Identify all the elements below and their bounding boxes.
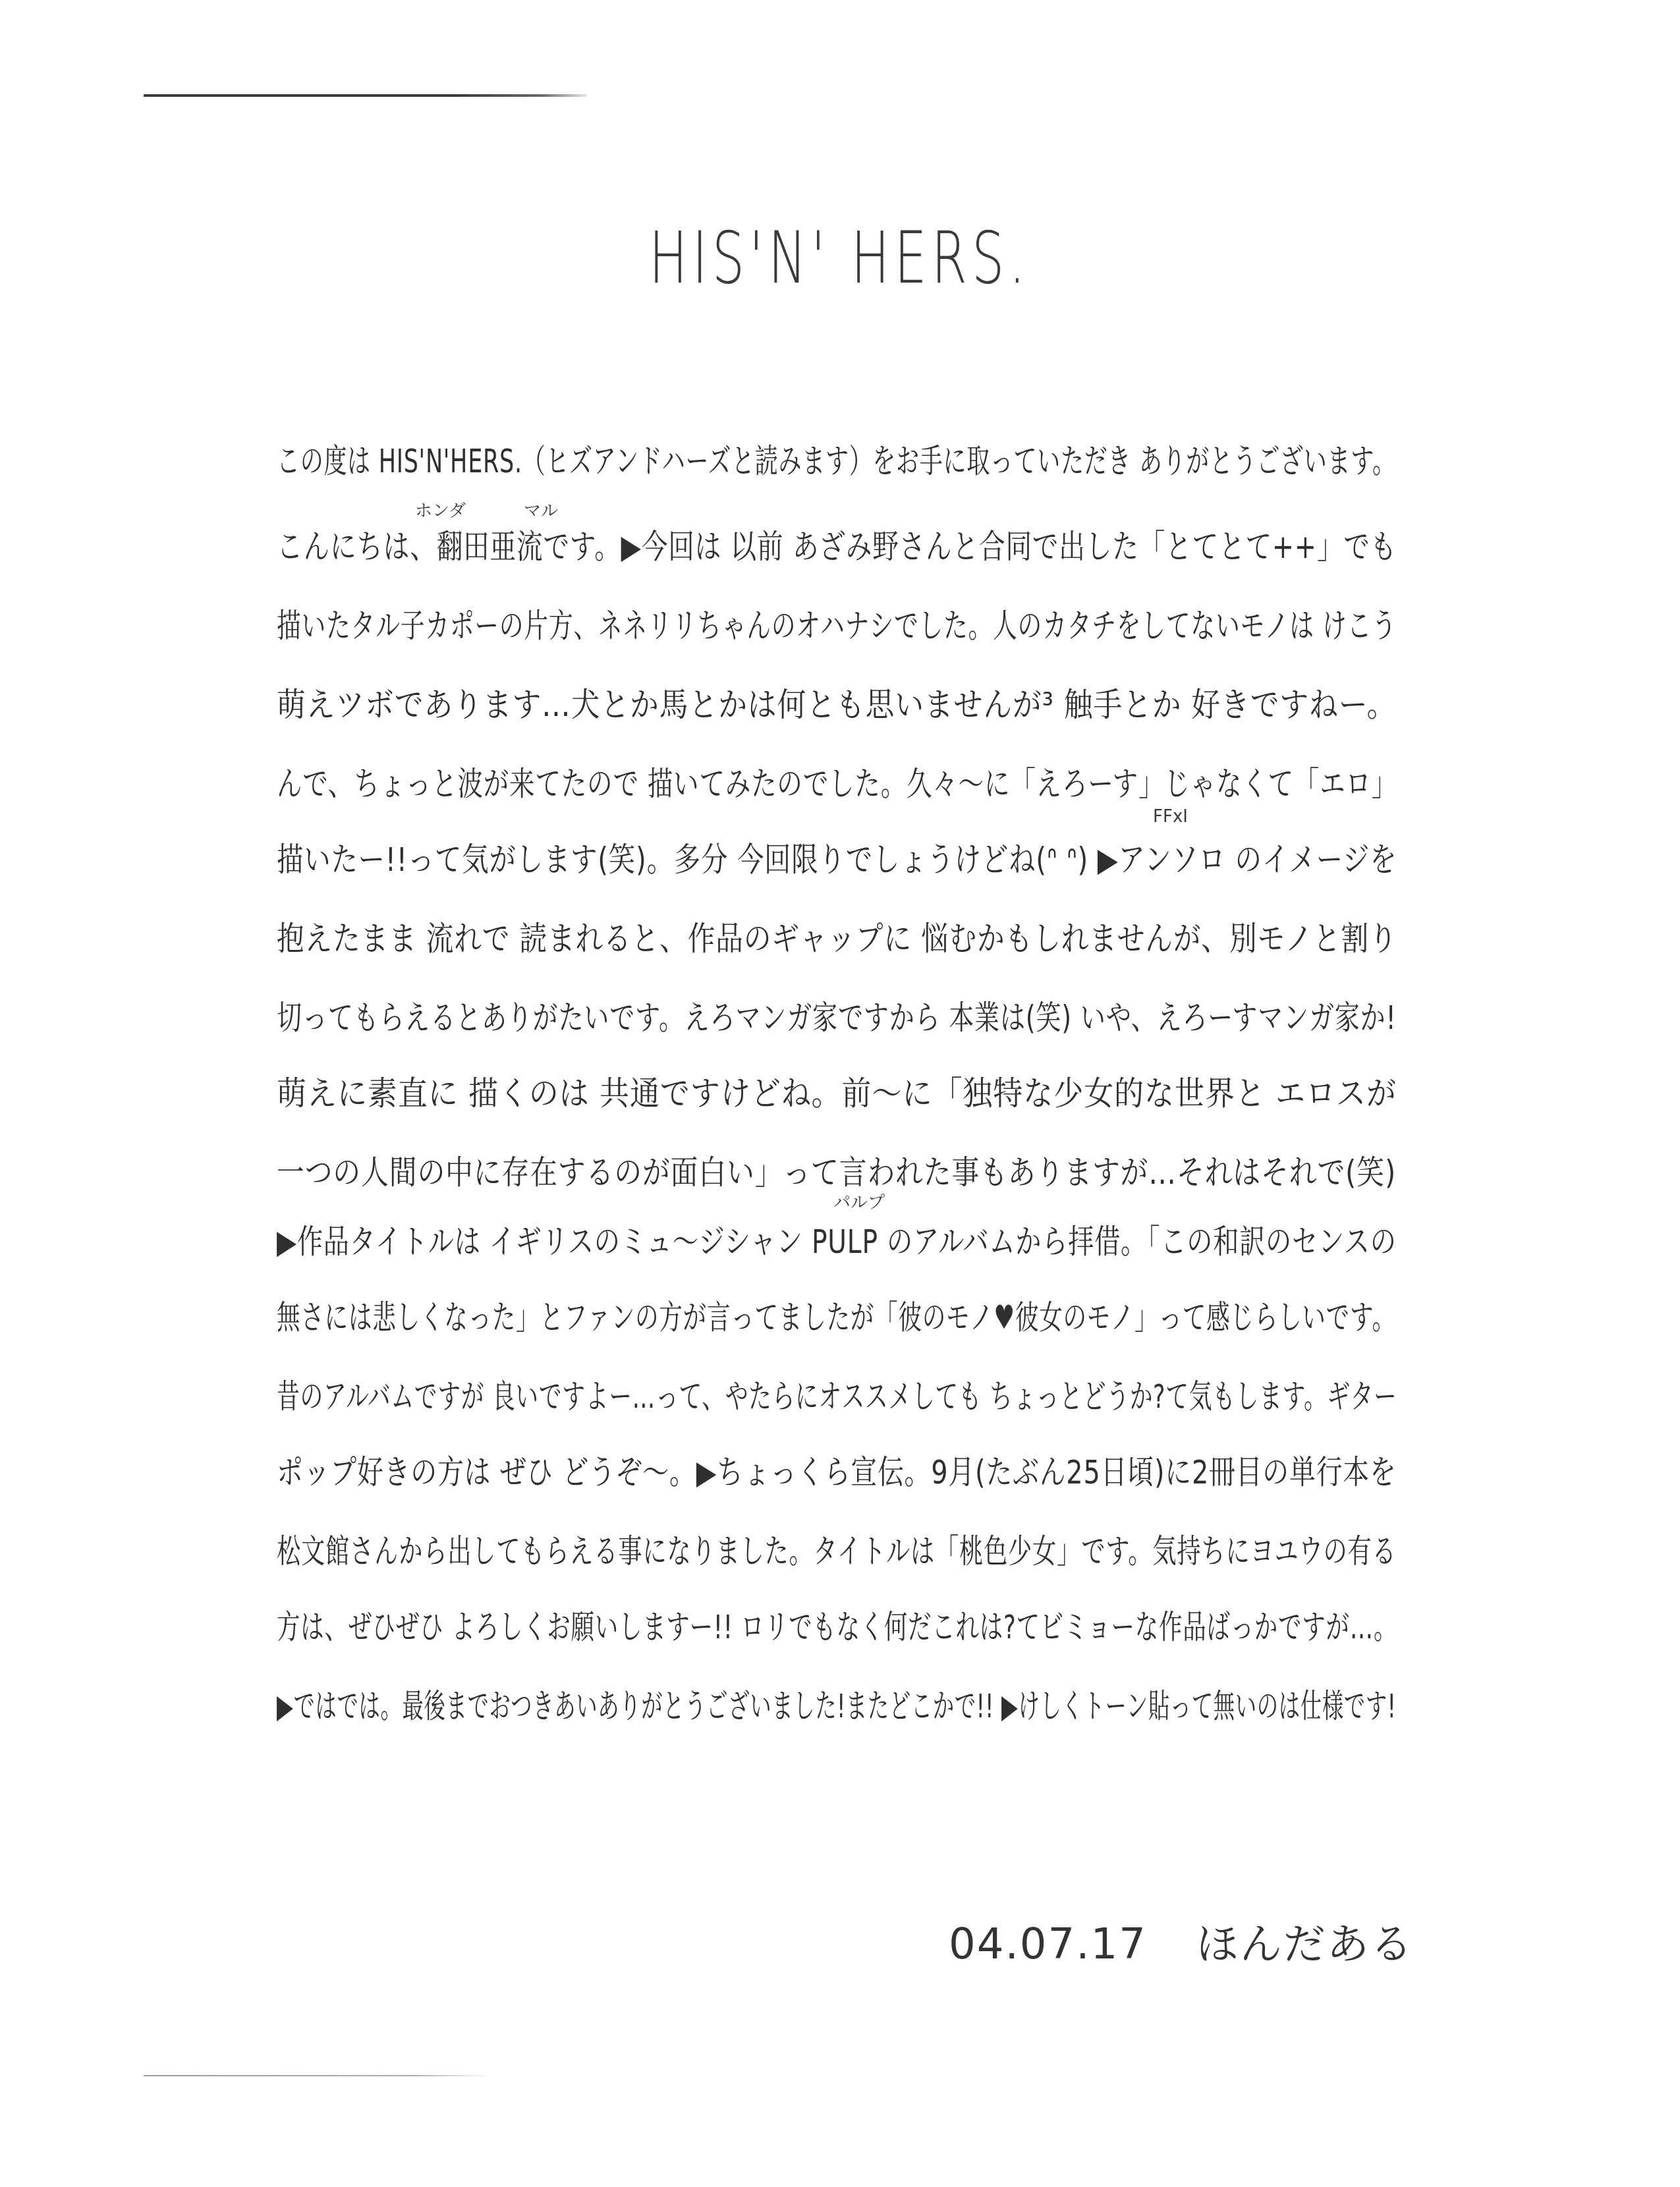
body-line-9: 萌えに素直に 描くのは 共通ですけどね。前〜に「独特な少女的な世界と エロスが: [277, 1067, 1397, 1115]
bottom-rule: [144, 2075, 486, 2076]
body-line-1: この度は HIS'N'HERS.（ヒズアンドハーズと読みます）をお手に取っていた…: [277, 435, 1396, 482]
page-title: HIS'N' HERS.: [649, 217, 1030, 300]
body-line-17: ▶ではでは。最後までおつきあいありがとうございました!またどこかで!! ▶けしく…: [277, 1680, 1396, 1727]
signature-author: ほんだある: [1196, 1920, 1414, 1969]
body-line-3: 描いたタル子カポーの片方、ネネリリちゃんのオハナシでした。人のカタチをしてないモ…: [277, 599, 1397, 647]
body-line-5: んで、ちょっと波が来てたので 描いてみたのでした。久々〜に「えろーす」じゃなくて…: [277, 758, 1397, 805]
ruby-pulp: パルプ: [833, 1189, 885, 1213]
signature: 04.07.17 ほんだある: [949, 1910, 1414, 1971]
ruby-maru: マル: [524, 497, 558, 522]
body-line-16: 方は、ぜひぜひ よろしくお願いしますー!! ロリでもなく何だこれは?てビミョーな…: [277, 1601, 1397, 1648]
body-line-13: 昔のアルバムですが 良いですよー…って、やたらにオススメしても ちょっとどうか?…: [277, 1370, 1397, 1418]
body-line-11: ▶作品タイトルは イギリスのミュ〜ジシャン PULP のアルバムから拝借。「この…: [277, 1215, 1397, 1263]
signature-date: 04.07.17: [949, 1920, 1147, 1969]
body-line-2: こんにちは、翻田亜流です。▶今回は 以前 あざみ野さんと合同で出した「とてとて+…: [277, 520, 1397, 568]
body-line-4: 萌えツボであります…犬とか馬とかは何とも思いませんが³ 触手とか 好きですねー。: [277, 678, 1396, 726]
body-line-12: 無さには悲しくなった」とファンの方が言ってましたが「彼のモノ♥彼女のモノ」って感…: [277, 1291, 1396, 1339]
ruby-honda: ホンダ: [415, 497, 466, 522]
body-line-6: 描いたー!!って気がします(笑)。多分 今回限りでしょうけどね(ᐢ ᐢ) ▶アン…: [277, 833, 1397, 881]
body-line-7: 抱えたまま 流れで 読まれると、作品のギャップに 悩むかもしれませんが、別モノと…: [277, 912, 1397, 960]
body-line-8: 切ってもらえるとありがたいです。えろマンガ家ですから 本業は(笑) いや、えろー…: [277, 991, 1397, 1039]
body-line-15: 松文館さんから出してもらえる事になりました。タイトルは「桃色少女」です。気持ちに…: [277, 1525, 1397, 1572]
ruby-ffxi: FFxI: [1153, 807, 1188, 827]
scanned-page: HIS'N' HERS. この度は HIS'N'HERS.（ヒズアンドハーズと読…: [0, 0, 1680, 2187]
body-line-14: ポップ好きの方は ぜひ どうぞ〜。▶ちょっくら宣伝。9月(たぶん25日頃)に2冊…: [277, 1446, 1397, 1493]
body-line-10: 一つの人間の中に存在するのが面白い」って言われた事もありますが…それはそれで(笑…: [277, 1146, 1396, 1194]
top-rule: [144, 94, 586, 97]
